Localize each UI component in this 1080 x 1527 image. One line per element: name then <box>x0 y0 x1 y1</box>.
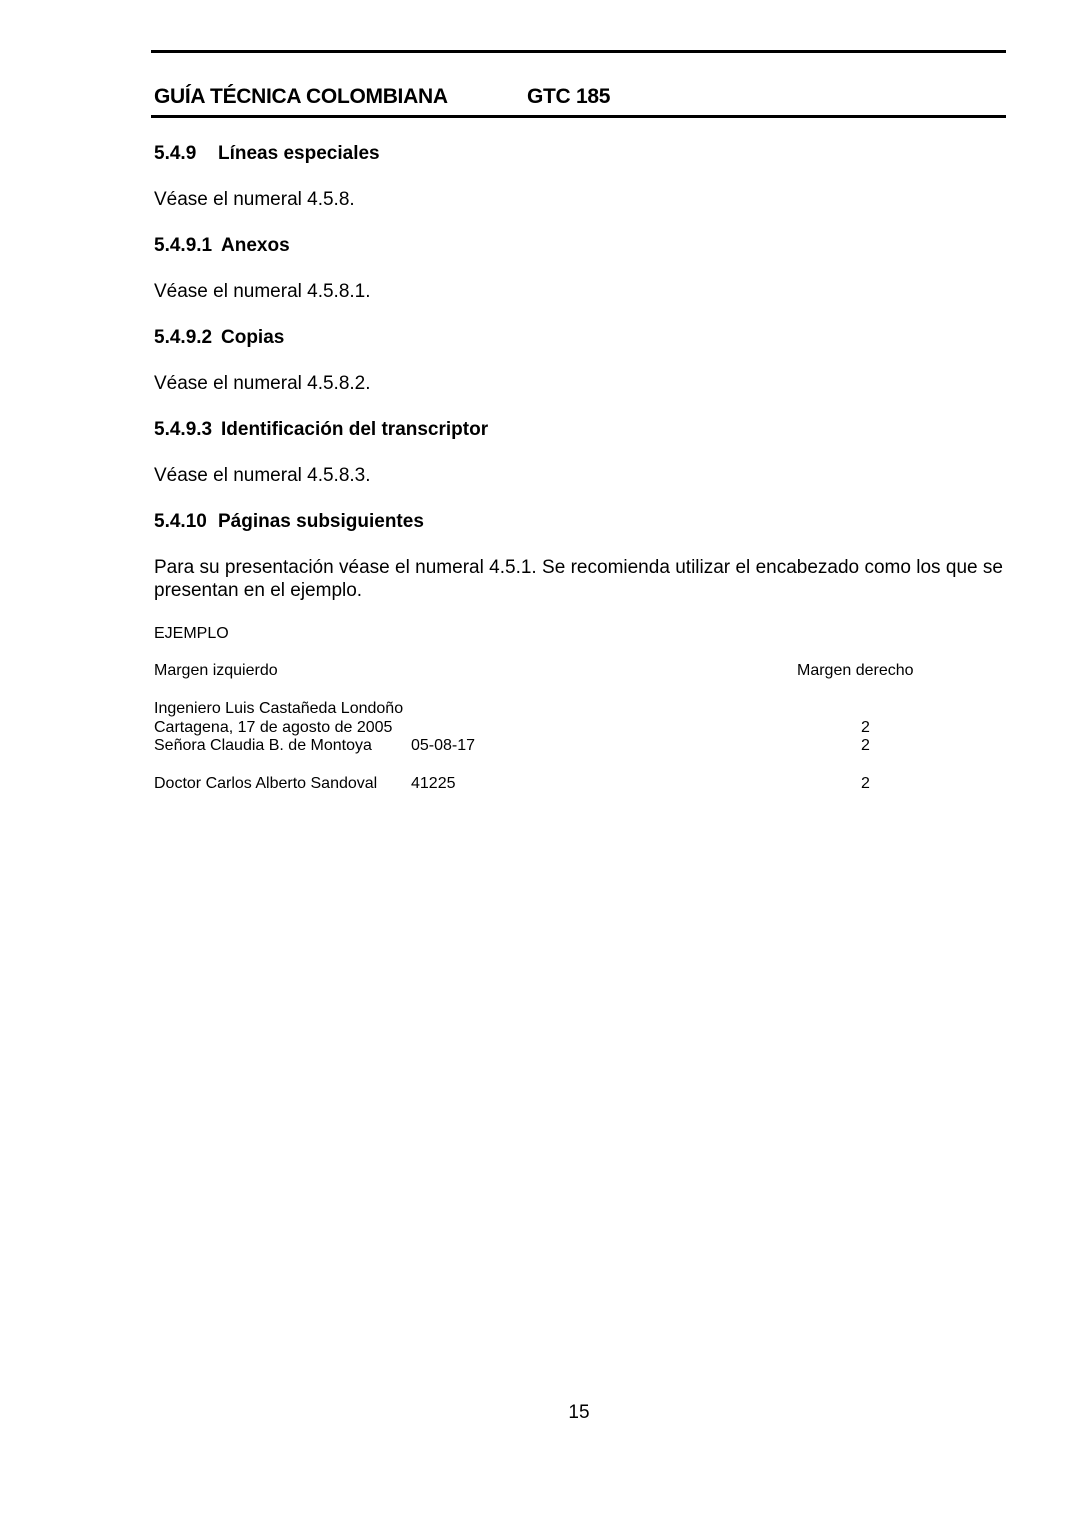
section-heading-5-4-9: 5.4.9Líneas especiales <box>154 143 380 165</box>
section-body: Véase el numeral 4.5.8.2. <box>154 373 371 395</box>
example-label: EJEMPLO <box>154 625 229 643</box>
example-page: 2 <box>861 775 870 793</box>
example-reference: 05-08-17 <box>411 737 475 755</box>
section-title: Anexos <box>221 235 290 256</box>
document-title: GUÍA TÉCNICA COLOMBIANA <box>154 85 448 109</box>
example-row: Señora Claudia B. de Montoya 05-08-17 2 <box>154 737 874 756</box>
page-number: 15 <box>0 1402 1080 1424</box>
section-body-paragraph: Para su presentación véase el numeral 4.… <box>154 556 1003 602</box>
example-recipient: Cartagena, 17 de agosto de 2005 <box>154 719 392 737</box>
section-heading-5-4-9-1: 5.4.9.1Anexos <box>154 235 290 257</box>
section-heading-5-4-9-3: 5.4.9.3Identificación del transcriptor <box>154 419 488 441</box>
section-body: Véase el numeral 4.5.8.3. <box>154 465 371 487</box>
section-body: Véase el numeral 4.5.8.1. <box>154 281 371 303</box>
right-margin-label: Margen derecho <box>797 662 914 680</box>
document-code: GTC 185 <box>527 85 610 109</box>
example-row: Ingeniero Luis Castañeda Londoño <box>154 700 874 719</box>
section-title: Copias <box>221 327 284 348</box>
example-row: Cartagena, 17 de agosto de 2005 2 <box>154 719 874 738</box>
example-page: 2 <box>861 737 870 755</box>
header-top-rule <box>151 50 1006 53</box>
section-title: Páginas subsiguientes <box>218 511 424 532</box>
example-row: Doctor Carlos Alberto Sandoval 41225 2 <box>154 775 874 794</box>
example-reference: 41225 <box>411 775 456 793</box>
section-title: Identificación del transcriptor <box>221 419 488 440</box>
section-number: 5.4.10 <box>154 511 218 533</box>
example-recipient: Doctor Carlos Alberto Sandoval <box>154 775 377 793</box>
example-recipient: Señora Claudia B. de Montoya <box>154 737 372 755</box>
section-number: 5.4.9.1 <box>154 235 221 257</box>
header-bottom-rule <box>151 115 1006 118</box>
section-body: Véase el numeral 4.5.8. <box>154 189 355 211</box>
section-number: 5.4.9.3 <box>154 419 221 441</box>
section-title: Líneas especiales <box>218 143 380 164</box>
section-number: 5.4.9 <box>154 143 218 165</box>
section-number: 5.4.9.2 <box>154 327 221 349</box>
section-heading-5-4-10: 5.4.10Páginas subsiguientes <box>154 511 424 533</box>
example-page: 2 <box>861 719 870 737</box>
example-recipient: Ingeniero Luis Castañeda Londoño <box>154 700 403 718</box>
left-margin-label: Margen izquierdo <box>154 662 278 680</box>
section-heading-5-4-9-2: 5.4.9.2Copias <box>154 327 284 349</box>
